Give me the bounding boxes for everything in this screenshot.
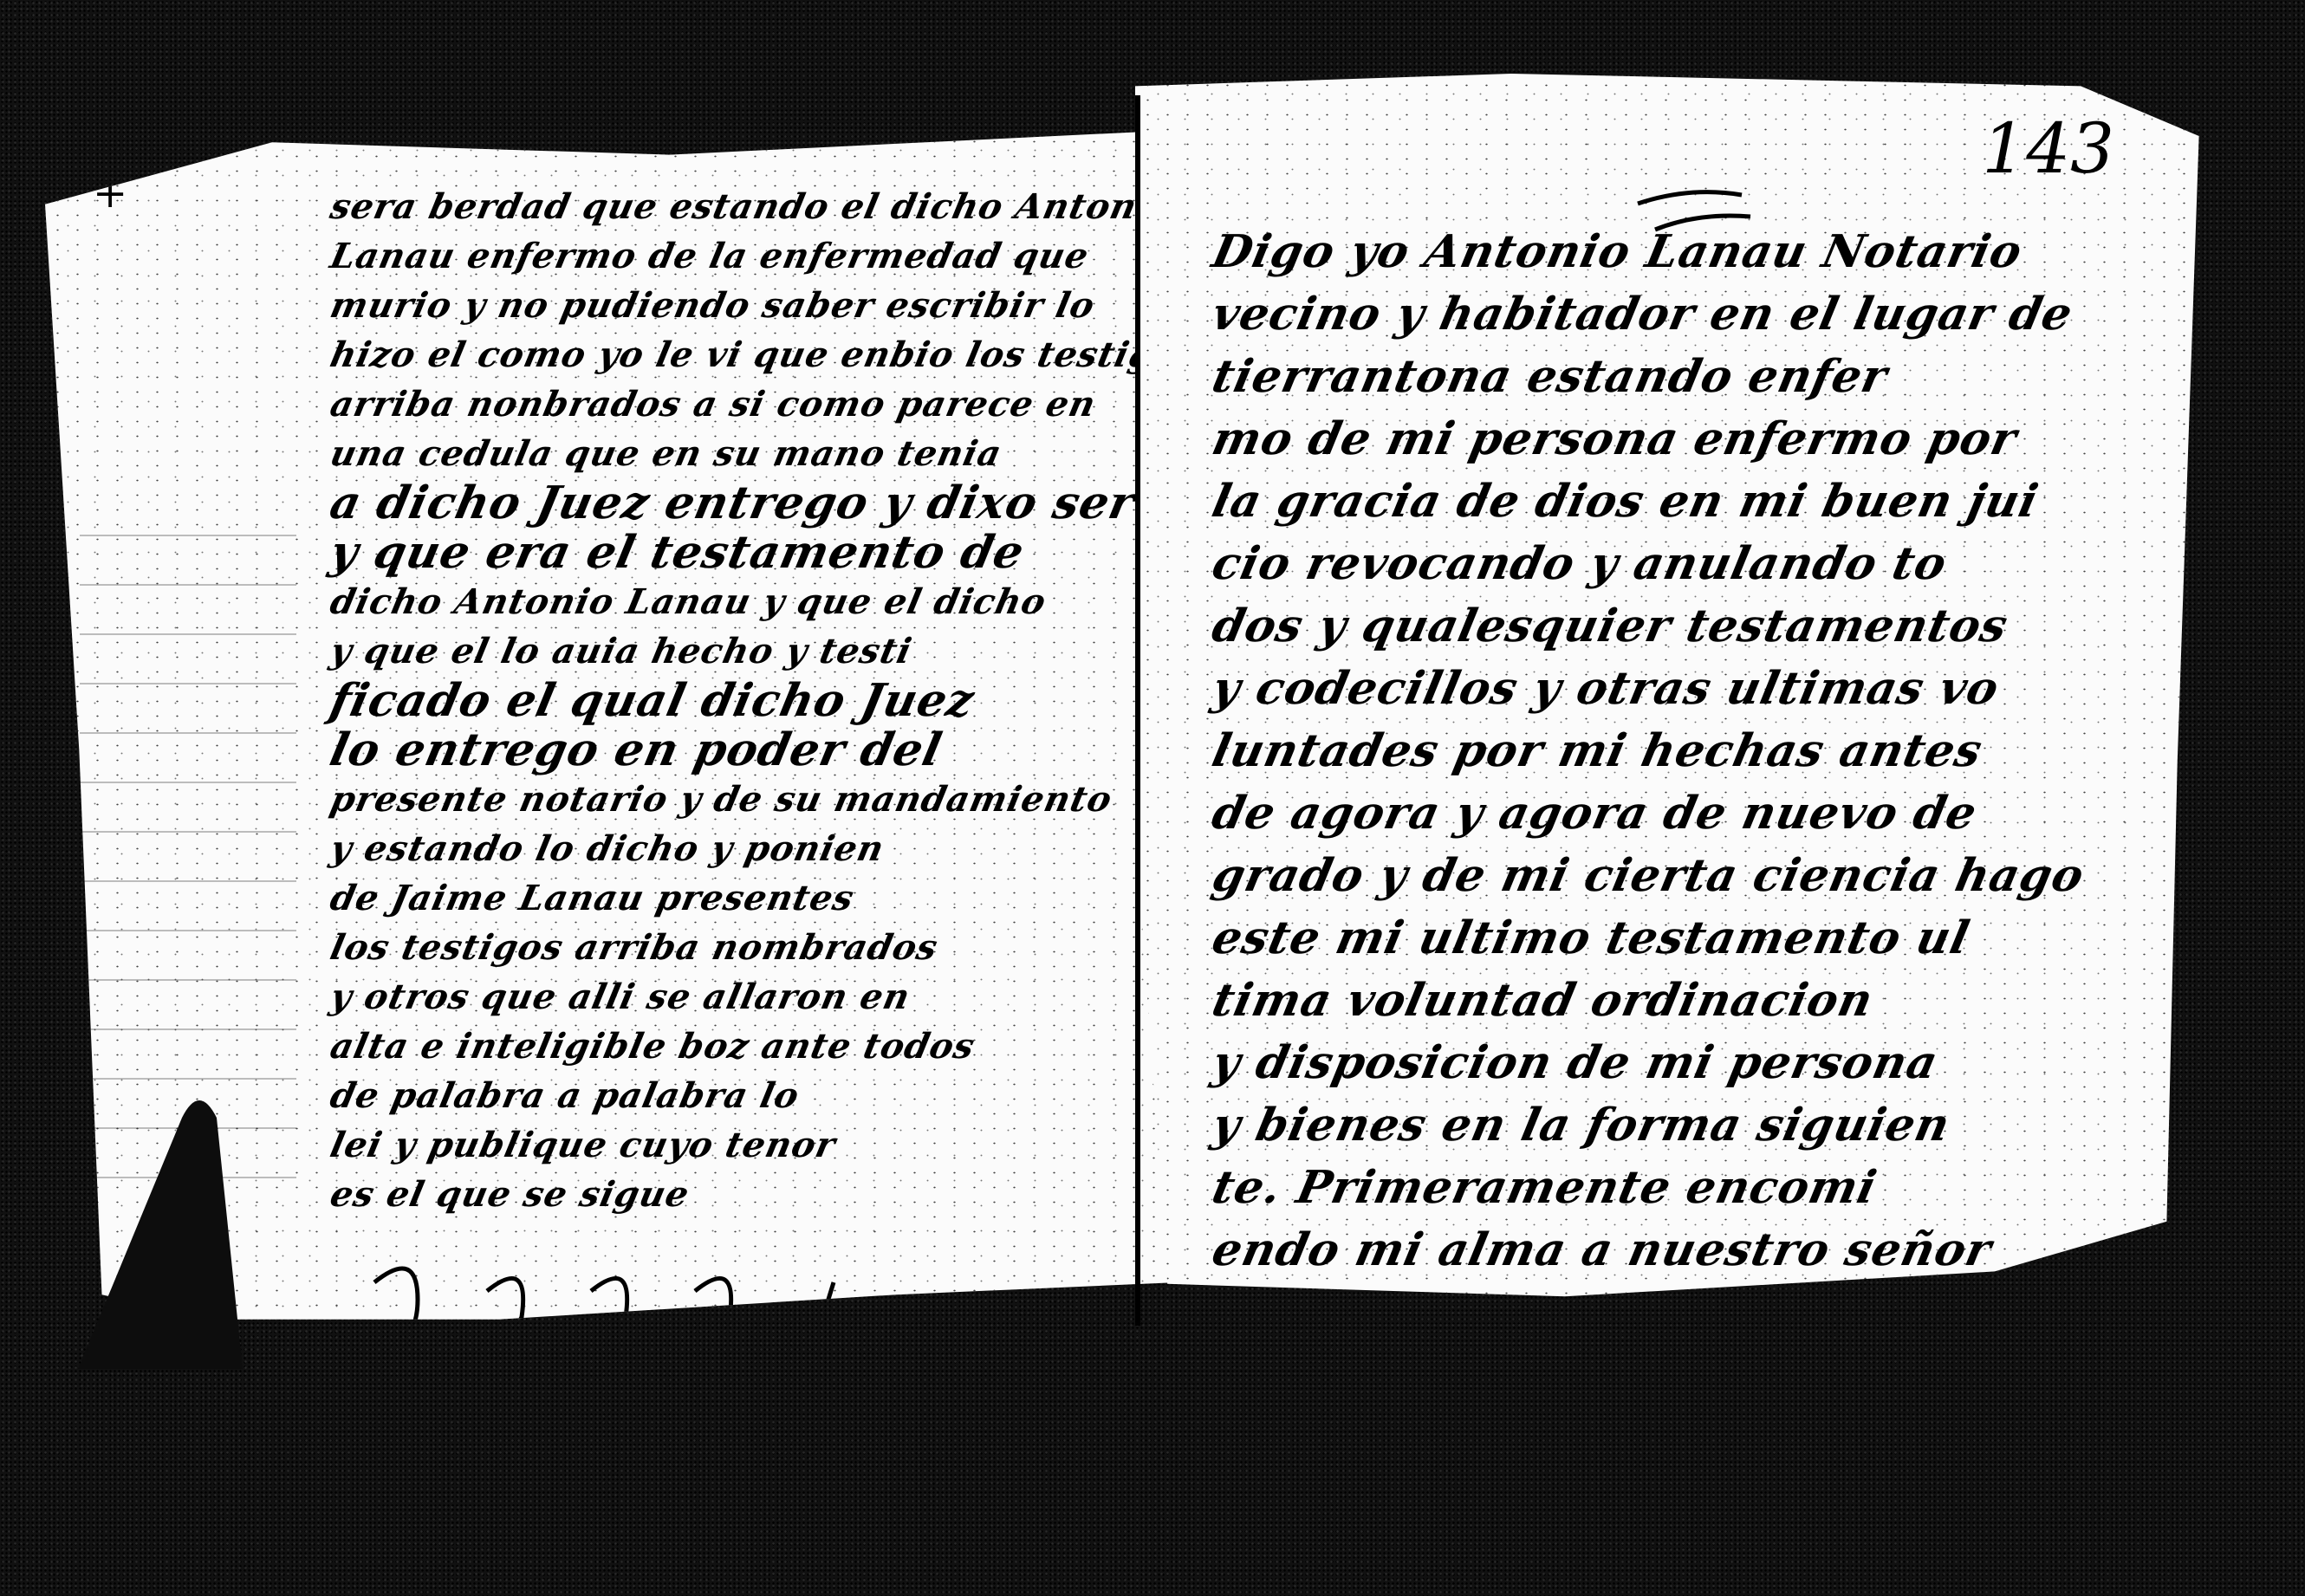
manuscript-line: endo mi alma a nuestro señor — [1206, 1219, 2089, 1281]
manuscript-line: arriba nonbrados a si como parece en — [326, 380, 1204, 429]
margin-cross-mark: + — [93, 169, 127, 217]
folio-number: 143 — [1982, 108, 2114, 189]
manuscript-line: alta e inteligible boz ante todos — [326, 1022, 1204, 1071]
manuscript-line: dicho Antonio Lanau y que el dicho — [326, 577, 1204, 626]
manuscript-line: vecino y habitador en el lugar de — [1206, 283, 2089, 346]
right-page-text: Digo yo Antonio Lanau Notario vecino y h… — [1213, 221, 2083, 1344]
manuscript-line: lo entrego en poder del — [326, 725, 1204, 775]
manuscript-line: una cedula que en su mano tenia — [326, 429, 1204, 478]
manuscript-line: luntades por mi hechas antes — [1206, 720, 2089, 782]
manuscript-line: dos y qualesquier testamentos — [1206, 595, 2089, 658]
manuscript-line: tierrantona estando enfer — [1206, 346, 2089, 408]
manuscript-line: Digo yo Antonio Lanau Notario — [1206, 221, 2089, 283]
manuscript-line: lei y publique cuyo tenor — [326, 1120, 1204, 1170]
manuscript-line: y que el lo auia hecho y testi — [326, 626, 1204, 676]
manuscript-line: mo de mi persona enfermo por — [1206, 408, 2089, 470]
right-page: 143 Digo yo Antonio Lanau Notario vecino… — [1135, 74, 2210, 1321]
manuscript-line: a dicho Juez entrego y dixo ser — [326, 478, 1204, 528]
manuscript-line: y otros que alli se allaron en — [326, 972, 1204, 1022]
page-gutter — [1135, 95, 1140, 1326]
binding-corner-shadow — [78, 1083, 243, 1369]
manuscript-line: Lanau enfermo de la enfermedad que — [326, 231, 1204, 281]
manuscript-line: cio revocando y anulando to — [1206, 533, 2089, 595]
manuscript-line: murio y no pudiendo saber escribir lo — [326, 281, 1204, 330]
manuscript-line: de agora y agora de nuevo de — [1206, 782, 2089, 845]
manuscript-line: y estando lo dicho y ponien — [326, 824, 1204, 873]
manuscript-line: los testigos arriba nombrados — [326, 923, 1204, 972]
manuscript-line: de Jaime Lanau presentes — [326, 873, 1204, 923]
manuscript-line: grado y de mi cierta ciencia hago — [1206, 845, 2089, 907]
manuscript-line: la gracia de dios en mi buen jui — [1206, 470, 2089, 533]
closing-flourish-3333 — [158, 1248, 938, 1508]
manuscript-line: este mi ultimo testamento ul — [1206, 907, 2089, 970]
manuscript-line: de palabra a palabra lo — [326, 1071, 1204, 1120]
manuscript-line: y disposicion de mi persona — [1206, 1032, 2089, 1094]
manuscript-line: y que era el testamento de — [326, 528, 1204, 577]
manuscript-line: y codecillos y otras ultimas vo — [1206, 658, 2089, 720]
left-page-text: sera berdad que estando el dicho Antonio… — [331, 182, 1198, 1219]
manuscript-line: sera berdad que estando el dicho Antonio — [326, 182, 1204, 231]
manuscript-line: hizo el como yo le vi que enbio los test… — [326, 330, 1204, 380]
manuscript-line: ficado el qual dicho Juez — [326, 676, 1204, 725]
manuscript-line: y bienes en la forma siguien — [1206, 1094, 2089, 1157]
manuscript-line: presente notario y de su mandamiento — [326, 775, 1204, 824]
manuscript-line: te. Primeramente encomi — [1206, 1157, 2089, 1219]
manuscript-line: es el que se sigue — [326, 1170, 1204, 1219]
manuscript-line: tima voluntad ordinacion — [1206, 970, 2089, 1032]
manuscript-line: Jesu Christo y tengo quiero — [1206, 1281, 2089, 1344]
